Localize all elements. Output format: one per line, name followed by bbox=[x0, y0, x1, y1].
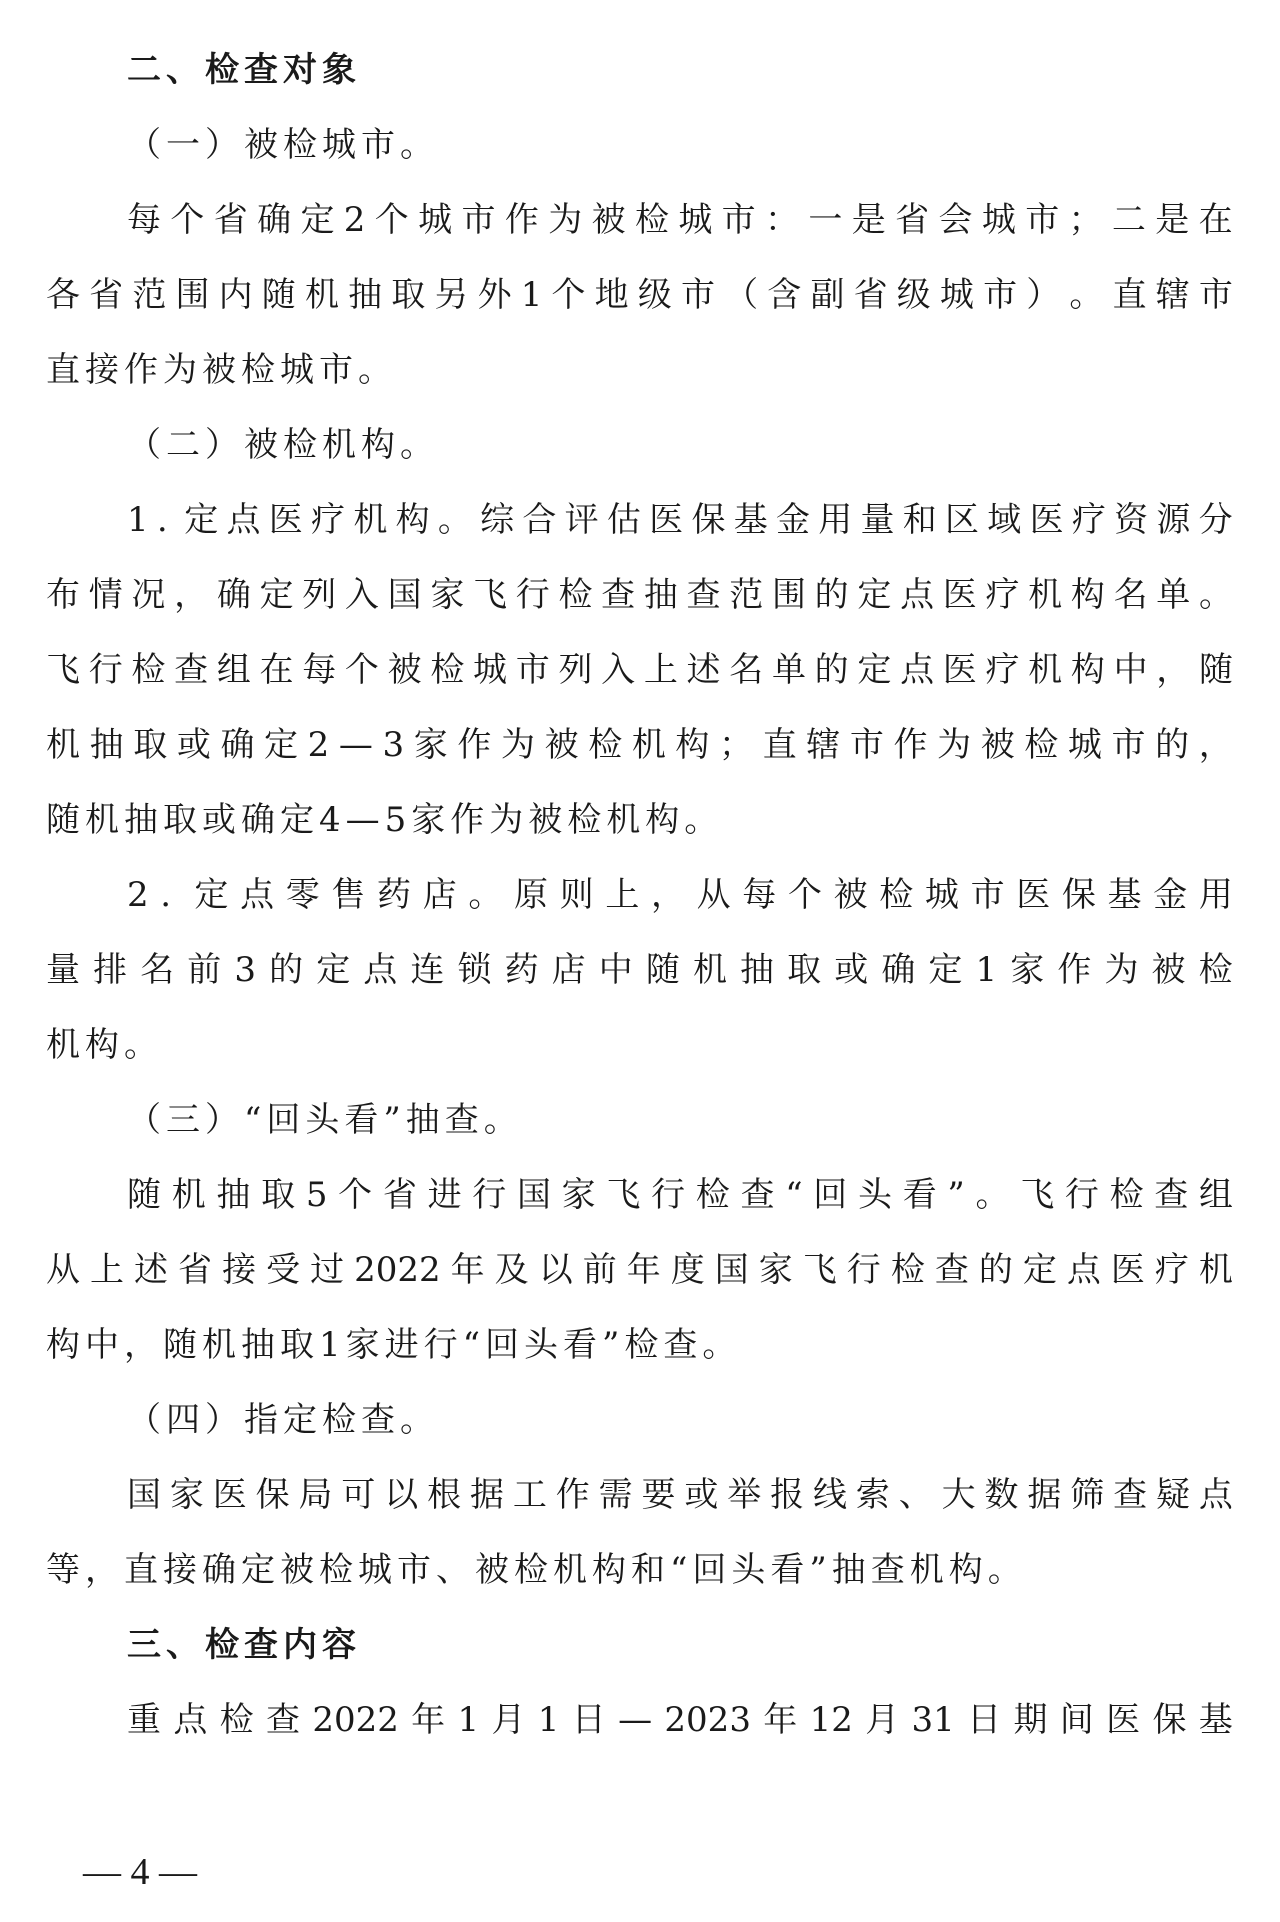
paragraph-text: 每个省确定2个城市作为被检城市：一是省会城市；二是在 bbox=[127, 183, 1233, 258]
paragraph-text: 构中，随机抽取1家进行“回头看”检查。 bbox=[46, 1325, 741, 1365]
paragraph-line: 构中，随机抽取1家进行“回头看”检查。 bbox=[46, 1308, 1233, 1383]
paragraph-line: 1. 定点医疗机构。综合评估医保基金用量和区域医疗资源分 bbox=[127, 483, 1233, 558]
subheading-text: （三）“回头看”抽查。 bbox=[127, 1100, 523, 1140]
paragraph-line: 布情况，确定列入国家飞行检查抽查范围的定点医疗机构名单。 bbox=[46, 558, 1233, 633]
paragraph-line: 各省范围内随机抽取另外1个地级市（含副省级城市）。直辖市 bbox=[46, 258, 1233, 333]
paragraph-text: 1. 定点医疗机构。综合评估医保基金用量和区域医疗资源分 bbox=[127, 483, 1233, 558]
paragraph-text: 机构。 bbox=[46, 1025, 163, 1065]
paragraph-text: 从上述省接受过2022年及以前年度国家飞行检查的定点医疗机 bbox=[46, 1233, 1233, 1308]
paragraph-text: 等，直接确定被检城市、被检机构和“回头看”抽查机构。 bbox=[46, 1550, 1027, 1590]
paragraph-line: 随机抽取5个省进行国家飞行检查“回头看”。飞行检查组 bbox=[127, 1158, 1233, 1233]
paragraph-line: 直接作为被检城市。 bbox=[46, 333, 1233, 408]
section-heading-inspection-content: 三、检查内容 bbox=[127, 1608, 1233, 1683]
paragraph-text: 国家医保局可以根据工作需要或举报线索、大数据筛查疑点 bbox=[127, 1458, 1233, 1533]
paragraph-line: 机构。 bbox=[46, 1008, 1233, 1083]
paragraph-line: 每个省确定2个城市作为被检城市：一是省会城市；二是在 bbox=[127, 183, 1233, 258]
paragraph-line: 重点检查2022年1月1日—2023年12月31日期间医保基 bbox=[127, 1683, 1233, 1758]
paragraph-line: 等，直接确定被检城市、被检机构和“回头看”抽查机构。 bbox=[46, 1533, 1233, 1608]
paragraph-text: 各省范围内随机抽取另外1个地级市（含副省级城市）。直辖市 bbox=[46, 258, 1233, 333]
subheading-look-back-check: （三）“回头看”抽查。 bbox=[127, 1083, 1233, 1158]
subheading-text: （四）指定检查。 bbox=[127, 1400, 439, 1440]
subheading-inspected-cities: （一）被检城市。 bbox=[127, 108, 1233, 183]
paragraph-text: 量排名前3的定点连锁药店中随机抽取或确定1家作为被检 bbox=[46, 933, 1233, 1008]
paragraph-line: 量排名前3的定点连锁药店中随机抽取或确定1家作为被检 bbox=[46, 933, 1233, 1008]
paragraph-text: 布情况，确定列入国家飞行检查抽查范围的定点医疗机构名单。 bbox=[46, 558, 1233, 633]
paragraph-line: 飞行检查组在每个被检城市列入上述名单的定点医疗机构中，随 bbox=[46, 633, 1233, 708]
paragraph-text: 2. 定点零售药店。原则上，从每个被检城市医保基金用 bbox=[127, 858, 1233, 933]
subheading-text: （二）被检机构。 bbox=[127, 425, 439, 465]
paragraph-line: 2. 定点零售药店。原则上，从每个被检城市医保基金用 bbox=[127, 858, 1233, 933]
paragraph-text: 直接作为被检城市。 bbox=[46, 350, 397, 390]
paragraph-text: 重点检查2022年1月1日—2023年12月31日期间医保基 bbox=[127, 1683, 1233, 1758]
subheading-text: （一）被检城市。 bbox=[127, 125, 439, 165]
paragraph-line: 国家医保局可以根据工作需要或举报线索、大数据筛查疑点 bbox=[127, 1458, 1233, 1533]
paragraph-text: 随机抽取或确定4—5家作为被检机构。 bbox=[46, 800, 723, 840]
paragraph-text: 机抽取或确定2—3家作为被检机构；直辖市作为被检城市的， bbox=[46, 708, 1233, 783]
paragraph-text: 飞行检查组在每个被检城市列入上述名单的定点医疗机构中，随 bbox=[46, 633, 1233, 708]
page-number: — 4 — bbox=[83, 1850, 197, 1894]
paragraph-text: 随机抽取5个省进行国家飞行检查“回头看”。飞行检查组 bbox=[127, 1158, 1233, 1233]
document-page: 二、检查对象 （一）被检城市。 每个省确定2个城市作为被检城市：一是省会城市；二… bbox=[0, 0, 1280, 1922]
subheading-designated-inspection: （四）指定检查。 bbox=[127, 1383, 1233, 1458]
subheading-inspected-institutions: （二）被检机构。 bbox=[127, 408, 1233, 483]
paragraph-line: 机抽取或确定2—3家作为被检机构；直辖市作为被检城市的， bbox=[46, 708, 1233, 783]
section-heading-inspection-targets: 二、检查对象 bbox=[127, 33, 1233, 108]
paragraph-line: 从上述省接受过2022年及以前年度国家飞行检查的定点医疗机 bbox=[46, 1233, 1233, 1308]
heading-text: 二、检查对象 bbox=[127, 50, 361, 90]
heading-text: 三、检查内容 bbox=[127, 1625, 361, 1665]
paragraph-line: 随机抽取或确定4—5家作为被检机构。 bbox=[46, 783, 1233, 858]
